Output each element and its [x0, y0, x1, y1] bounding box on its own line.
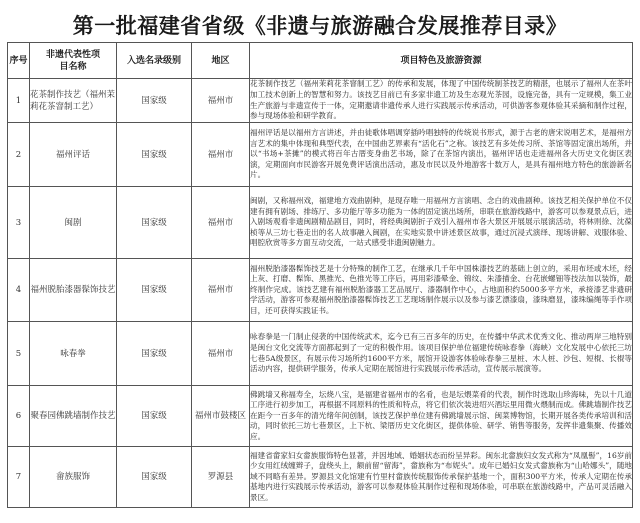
table-row: 6 聚春园佛跳墙制作技艺 国家级 福州市鼓楼区 佛跳墙又称福寿全，坛烧八宝，是福… [8, 386, 633, 447]
row-level: 国家级 [117, 259, 192, 322]
row-desc: 咏春拳是一门制止侵袭的中国传统武术，迄今已有三百多年的历史，在传播中华武术优秀文… [250, 322, 633, 386]
header-level: 入选名录级别 [117, 43, 192, 79]
row-level: 国家级 [117, 322, 192, 386]
row-region: 福州市 [192, 259, 250, 322]
document-title: 第一批福建省省级《非遗与旅游融合发展推荐目录》 [0, 12, 640, 40]
row-desc: 福州评话是以福州方言讲述，并由徒歌体唱调穿插吟唱独特的传统说书形式，源于古老的唐… [250, 123, 633, 187]
header-region: 地区 [192, 43, 250, 79]
row-num: 4 [8, 259, 30, 322]
table-row: 3 闽剧 国家级 福州市 闽剧，又称福州戏，福建地方戏曲剧种，是现存唯一用福州方… [8, 187, 633, 259]
header-name: 非遗代表性项目名称 [30, 43, 117, 79]
row-level: 国家级 [117, 447, 192, 508]
row-num: 6 [8, 386, 30, 447]
row-desc: 福州脱胎漆器髹饰技艺是十分特殊的制作工艺，在继承几千年中国株漆技艺的基础上创立的… [250, 259, 633, 322]
row-name: 咏春拳 [30, 322, 117, 386]
row-region: 福州市 [192, 187, 250, 259]
table-row: 4 福州脱胎漆器髹饰技艺 国家级 福州市 福州脱胎漆器髹饰技艺是十分特殊的制作工… [8, 259, 633, 322]
row-num: 3 [8, 187, 30, 259]
row-name: 闽剧 [30, 187, 117, 259]
row-num: 1 [8, 79, 30, 123]
table-row: 1 花茶制作技艺（福州茉莉花茶窨制工艺） 国家级 福州市 花茶制作技艺（福州茉莉… [8, 79, 633, 123]
row-name: 畲族服饰 [30, 447, 117, 508]
row-desc: 佛跳墙又称福寿全，坛烧八宝，是福建省福州市的名肴，也是坛煨菜肴的代表，制作时选取… [250, 386, 633, 447]
header-desc: 项目特色及旅游资源 [250, 43, 633, 79]
row-region: 福州市鼓楼区 [192, 386, 250, 447]
row-region: 福州市 [192, 79, 250, 123]
row-name: 福州评话 [30, 123, 117, 187]
row-name: 福州脱胎漆器髹饰技艺 [30, 259, 117, 322]
row-region: 罗源县 [192, 447, 250, 508]
row-num: 7 [8, 447, 30, 508]
row-name: 花茶制作技艺（福州茉莉花茶窨制工艺） [30, 79, 117, 123]
table-header-row: 序号 非遗代表性项目名称 入选名录级别 地区 项目特色及旅游资源 [8, 43, 633, 79]
row-level: 国家级 [117, 123, 192, 187]
row-region: 福州市 [192, 123, 250, 187]
row-desc: 花茶制作技艺（福州茉莉花茶窨制工艺）的传承和发展，体现了中国传统制茶技艺的精湛，… [250, 79, 633, 123]
table-row: 7 畲族服饰 国家级 罗源县 福建省畲家妇女畲族服饰特色显著，并因地域、婚姻状态… [8, 447, 633, 508]
table-row: 5 咏春拳 国家级 福州市 咏春拳是一门制止侵袭的中国传统武术，迄今已有三百多年… [8, 322, 633, 386]
table-row: 2 福州评话 国家级 福州市 福州评话是以福州方言讲述，并由徒歌体唱调穿插吟唱独… [8, 123, 633, 187]
row-desc: 福建省畲家妇女畲族服饰特色显著，并因地域、婚姻状态而纷呈异彩。闽东北畲族妇女发式… [250, 447, 633, 508]
row-desc: 闽剧，又称福州戏，福建地方戏曲剧种，是现存唯一用福州方言演唱、念白的戏曲剧种。该… [250, 187, 633, 259]
row-level: 国家级 [117, 386, 192, 447]
row-region: 福州市 [192, 322, 250, 386]
row-level: 国家级 [117, 187, 192, 259]
row-num: 2 [8, 123, 30, 187]
row-level: 国家级 [117, 79, 192, 123]
row-name: 聚春园佛跳墙制作技艺 [30, 386, 117, 447]
header-num: 序号 [8, 43, 30, 79]
row-num: 5 [8, 322, 30, 386]
recommendation-table: 序号 非遗代表性项目名称 入选名录级别 地区 项目特色及旅游资源 1 花茶制作技… [7, 42, 633, 508]
